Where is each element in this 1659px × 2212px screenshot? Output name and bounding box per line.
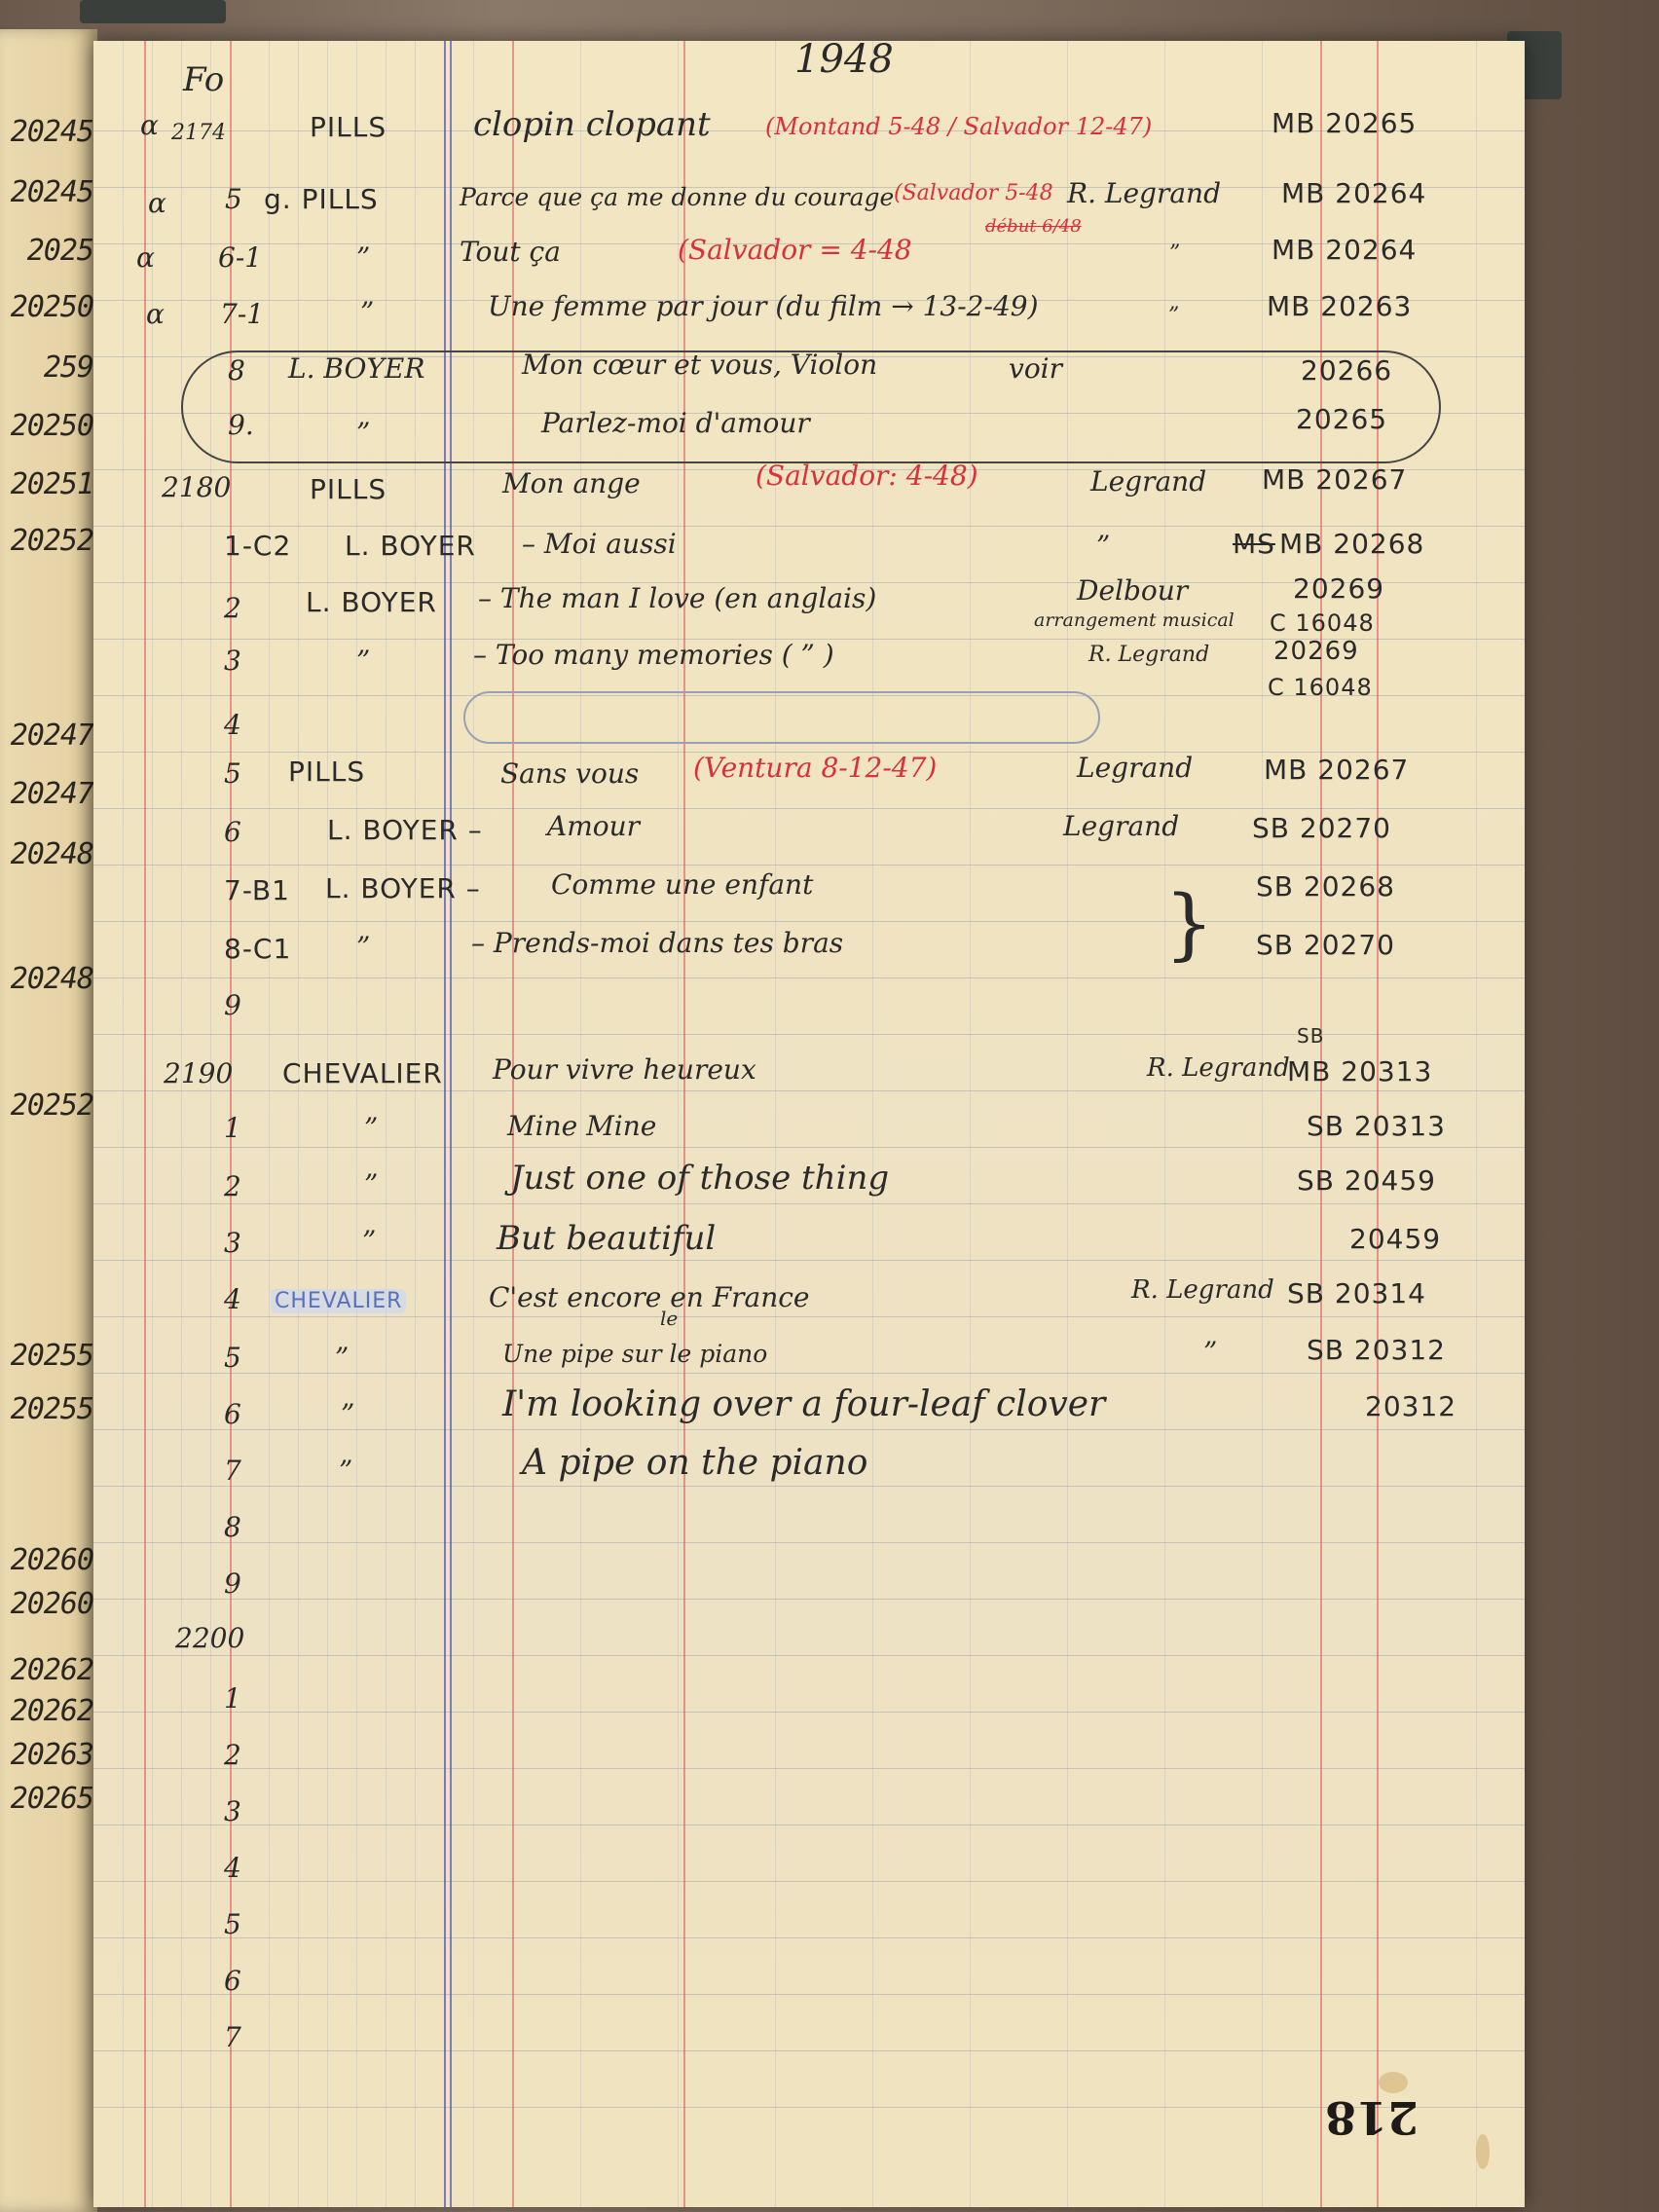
entry-author: R. Legrand <box>1088 643 1209 667</box>
margin-number: 20245 <box>0 115 93 149</box>
entry-artist: ” <box>364 1168 378 1200</box>
margin-number: 20252 <box>0 524 93 558</box>
entry-note: (Salvador 5-48 <box>894 181 1053 205</box>
entry-ref: MB 20268 <box>1279 528 1424 560</box>
entry-artist: L. BOYER <box>345 530 476 562</box>
entry-number: 5 <box>224 757 241 790</box>
entry-title: Parlez-moi d'amour <box>541 407 810 439</box>
entry-title: Just one of those thing <box>510 1159 889 1198</box>
entry-mark: α <box>140 109 159 141</box>
entry-number: 2190 <box>164 1057 233 1089</box>
entry-ref: SB 20312 <box>1307 1334 1446 1366</box>
entry-author: ” <box>1168 304 1179 328</box>
page-number: 218 <box>1325 2091 1419 2144</box>
entry-number: 7 <box>224 1455 241 1487</box>
entry-ref: 20312 <box>1365 1390 1456 1422</box>
entry-title: Tout ça <box>460 236 561 268</box>
entry-number: 2200 <box>175 1622 244 1654</box>
entry-title: Parce que ça me donne du courage <box>460 183 894 211</box>
margin-number: 20255 <box>0 1392 93 1426</box>
entry-number: 9 <box>224 1567 241 1600</box>
entry-author: voir <box>1009 352 1062 385</box>
entry-title: – Prends-moi dans tes bras <box>471 927 843 959</box>
entry-title: Mon cœur et vous, Violon <box>522 349 877 381</box>
entry-ref: SB 20459 <box>1297 1164 1436 1197</box>
entry-ref-super: SB <box>1297 1024 1324 1048</box>
entry-author: Legrand <box>1077 752 1193 784</box>
margin-number: 20265 <box>0 1782 93 1816</box>
entry-number: 7-1 <box>220 298 264 330</box>
entry-number: 8-C1 <box>224 933 291 965</box>
entry-author: R. Legrand <box>1131 1275 1274 1305</box>
margin-number: 20247 <box>0 719 93 753</box>
entry-artist: PILLS <box>288 756 365 788</box>
entry-number: 9 <box>224 989 241 1021</box>
margin-number: 20255 <box>0 1339 93 1373</box>
entry-artist: g. PILLS <box>264 183 379 215</box>
margin-number: 20251 <box>0 467 93 501</box>
entry-artist: ” <box>335 1342 349 1374</box>
entry-ref: 20459 <box>1349 1223 1441 1255</box>
entry-number: 1-C2 <box>224 530 291 562</box>
entry-artist: CHEVALIER <box>282 1057 443 1089</box>
entry-number: 8 <box>228 354 245 387</box>
entry-author: Legrand <box>1090 465 1206 498</box>
entry-note-struck: début 6/48 <box>985 216 1082 237</box>
entry-title: C'est encore en France <box>489 1281 810 1313</box>
entry-number: 1 <box>224 1682 241 1714</box>
entry-artist: L. BOYER <box>288 352 424 385</box>
entry-ref: MB 20265 <box>1272 107 1417 139</box>
entry-title: Mon ange <box>502 467 641 499</box>
elastic-band-top-left <box>80 0 226 23</box>
entry-ref-sub: C 16048 <box>1270 609 1375 637</box>
entry-title: Une femme par jour (du film → 13-2-49) <box>488 290 1039 322</box>
entry-author: Legrand <box>1063 810 1179 842</box>
entry-ref: 20269 <box>1273 637 1359 666</box>
entry-number: 3 <box>224 1795 241 1827</box>
margin-number: 20252 <box>0 1088 93 1123</box>
entry-author: ” <box>1096 530 1110 562</box>
entry-artist: ” <box>364 1112 378 1144</box>
margin-number: 20248 <box>0 837 93 871</box>
margin-number: 20250 <box>0 290 93 324</box>
entry-number: 6-1 <box>218 241 262 274</box>
entry-number: 9. <box>228 409 254 441</box>
entry-number: 7-B1 <box>224 874 290 906</box>
entry-author: Delbour <box>1077 574 1188 607</box>
entry-title: Pour vivre heureux <box>493 1053 756 1086</box>
entry-artist: L. BOYER – <box>325 872 481 904</box>
entry-title-insert: le <box>660 1307 678 1330</box>
left-page-edge: 20245 20245 2025 20250 259 20250 20251 2… <box>0 29 97 2212</box>
entry-ref: SB 20270 <box>1256 929 1395 961</box>
entry-ref-sub: C 16048 <box>1268 674 1373 701</box>
entry-title: Mine Mine <box>507 1110 656 1142</box>
entry-author: ” <box>1169 241 1180 266</box>
entry-note: (Salvador = 4-48 <box>678 234 912 266</box>
folio-label: Fo <box>183 60 224 99</box>
margin-number: 20262 <box>0 1653 93 1687</box>
margin-number: 20250 <box>0 409 93 443</box>
entry-title: clopin clopant <box>473 105 711 144</box>
entry-number: 6 <box>224 816 241 848</box>
entry-artist: ” <box>356 645 370 677</box>
entry-ref: SB 20313 <box>1307 1110 1446 1142</box>
entry-number: 3 <box>224 1227 241 1259</box>
entry-number: 4 <box>224 1852 241 1884</box>
entry-ref: MB 20313 <box>1287 1055 1432 1088</box>
entry-mark: α <box>148 187 166 219</box>
entry-title: A pipe on the piano <box>522 1443 867 1483</box>
entry-title: Sans vous <box>500 757 639 790</box>
entry-title: Amour <box>547 810 640 842</box>
entry-ref: SB 20314 <box>1287 1277 1426 1309</box>
entry-mark: α <box>136 241 155 274</box>
entry-author: ” <box>1203 1336 1217 1368</box>
paper-stain <box>1476 2134 1490 2169</box>
entry-artist: ” <box>339 1455 352 1487</box>
entry-ref: SB 20268 <box>1256 870 1395 903</box>
entry-note: (Salvador: 4-48) <box>756 460 978 492</box>
entry-artist: PILLS <box>310 473 387 505</box>
entry-ref: MB 20267 <box>1264 754 1409 786</box>
entry-number: 4 <box>224 709 241 741</box>
entry-ref-struck: MS <box>1233 528 1275 560</box>
erased-loop-outline <box>463 691 1100 744</box>
entry-number: 6 <box>224 1398 241 1430</box>
paper-stain <box>1379 2072 1408 2093</box>
entry-artist: ” <box>356 931 370 963</box>
entry-artist: PILLS <box>310 111 387 143</box>
margin-number: 20260 <box>0 1543 93 1577</box>
margin-number: 20263 <box>0 1738 93 1772</box>
entry-artist: L. BOYER <box>306 586 437 618</box>
margin-number: 2025 <box>0 234 93 268</box>
brace-icon: } <box>1164 878 1214 969</box>
entry-title: – The man I love (en anglais) <box>478 582 876 614</box>
entry-ref: MB 20264 <box>1281 177 1426 209</box>
entry-title: – Too many memories ( ” ) <box>473 639 834 671</box>
entry-author-sub: arrangement musical <box>1034 609 1235 631</box>
margin-number: 20248 <box>0 962 93 996</box>
entry-ref: SB 20270 <box>1252 812 1391 844</box>
entry-artist: L. BOYER – <box>327 814 483 846</box>
entry-ref: 20265 <box>1296 403 1387 435</box>
entry-number: 2 <box>224 592 241 624</box>
margin-number: 20247 <box>0 777 93 811</box>
entry-title: I'm looking over a four-leaf clover <box>502 1384 1105 1424</box>
entry-artist: ” <box>362 1225 376 1257</box>
entry-ref: 20269 <box>1293 572 1384 605</box>
entry-number: 7 <box>224 2021 241 2053</box>
entry-title: – Moi aussi <box>522 528 677 560</box>
entry-title: Comme une enfant <box>551 868 813 901</box>
entry-number: 2174 <box>171 121 226 145</box>
entry-artist: ” <box>356 417 370 449</box>
entry-artist: ” <box>341 1398 354 1430</box>
entry-note: (Montand 5-48 / Salvador 12-47) <box>765 113 1152 140</box>
entry-artist: ” <box>360 296 374 328</box>
entry-ref: 20266 <box>1301 354 1392 387</box>
entry-ref: MB 20267 <box>1262 463 1407 496</box>
entry-number: 5 <box>224 1342 241 1374</box>
year-heading: 1948 <box>794 41 894 82</box>
entry-number: 1 <box>224 1112 241 1144</box>
entry-number: 5 <box>224 1908 241 1940</box>
margin-number: 259 <box>0 350 93 385</box>
entry-artist: ” <box>356 241 370 274</box>
entry-number: 8 <box>224 1511 241 1543</box>
entry-note: (Ventura 8-12-47) <box>693 752 937 784</box>
entry-number: 2180 <box>162 471 231 503</box>
entry-title: Une pipe sur le piano <box>502 1340 767 1368</box>
entry-number: 2 <box>224 1739 241 1771</box>
entry-number: 6 <box>224 1965 241 1997</box>
margin-number: 20260 <box>0 1587 93 1621</box>
entry-number: 5 <box>225 183 242 215</box>
entry-number: 4 <box>224 1283 241 1315</box>
entry-number: 2 <box>224 1170 241 1202</box>
entry-number: 3 <box>224 645 241 677</box>
entry-ref: MB 20264 <box>1272 234 1417 266</box>
entry-title: But beautiful <box>497 1219 716 1258</box>
entry-ref: MB 20263 <box>1267 290 1412 322</box>
entry-mark: α <box>146 298 165 330</box>
margin-number: 20262 <box>0 1694 93 1728</box>
entry-author: R. Legrand <box>1067 177 1221 209</box>
entry-author: R. Legrand <box>1147 1053 1290 1083</box>
entry-artist: CHEVALIER <box>271 1289 406 1313</box>
margin-number: 20245 <box>0 175 93 209</box>
ledger-page: Fo 1948 α 2174 PILLS clopin clopant (Mon… <box>93 41 1525 2207</box>
